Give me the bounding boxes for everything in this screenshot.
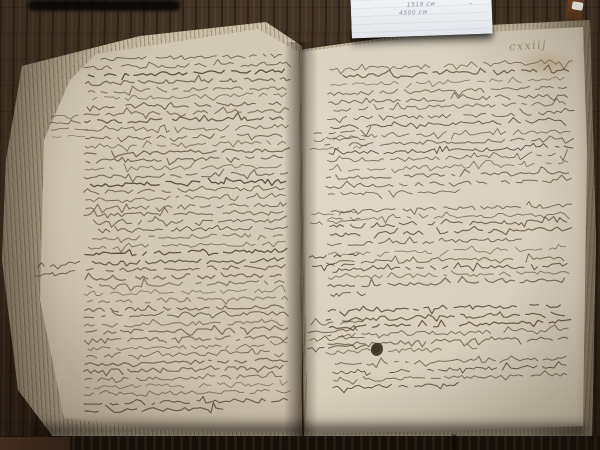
manuscript-photo: cxxiij 1519 cw 4500 cw – [0,0,600,450]
note-line-1: 1519 cw [407,1,436,9]
sticky-note: 1519 cw 4500 cw – [350,0,493,38]
book-gutter-shadow [284,42,318,438]
table-bottom-strip [0,436,600,450]
note-dash: – [469,0,473,7]
wood-seam [452,435,456,450]
note-line-2: 4500 cw [399,10,428,18]
page-stain [516,50,576,76]
table-corner-patch [0,437,70,450]
table-shadow-strip [28,0,180,11]
paper-speck [571,1,583,11]
